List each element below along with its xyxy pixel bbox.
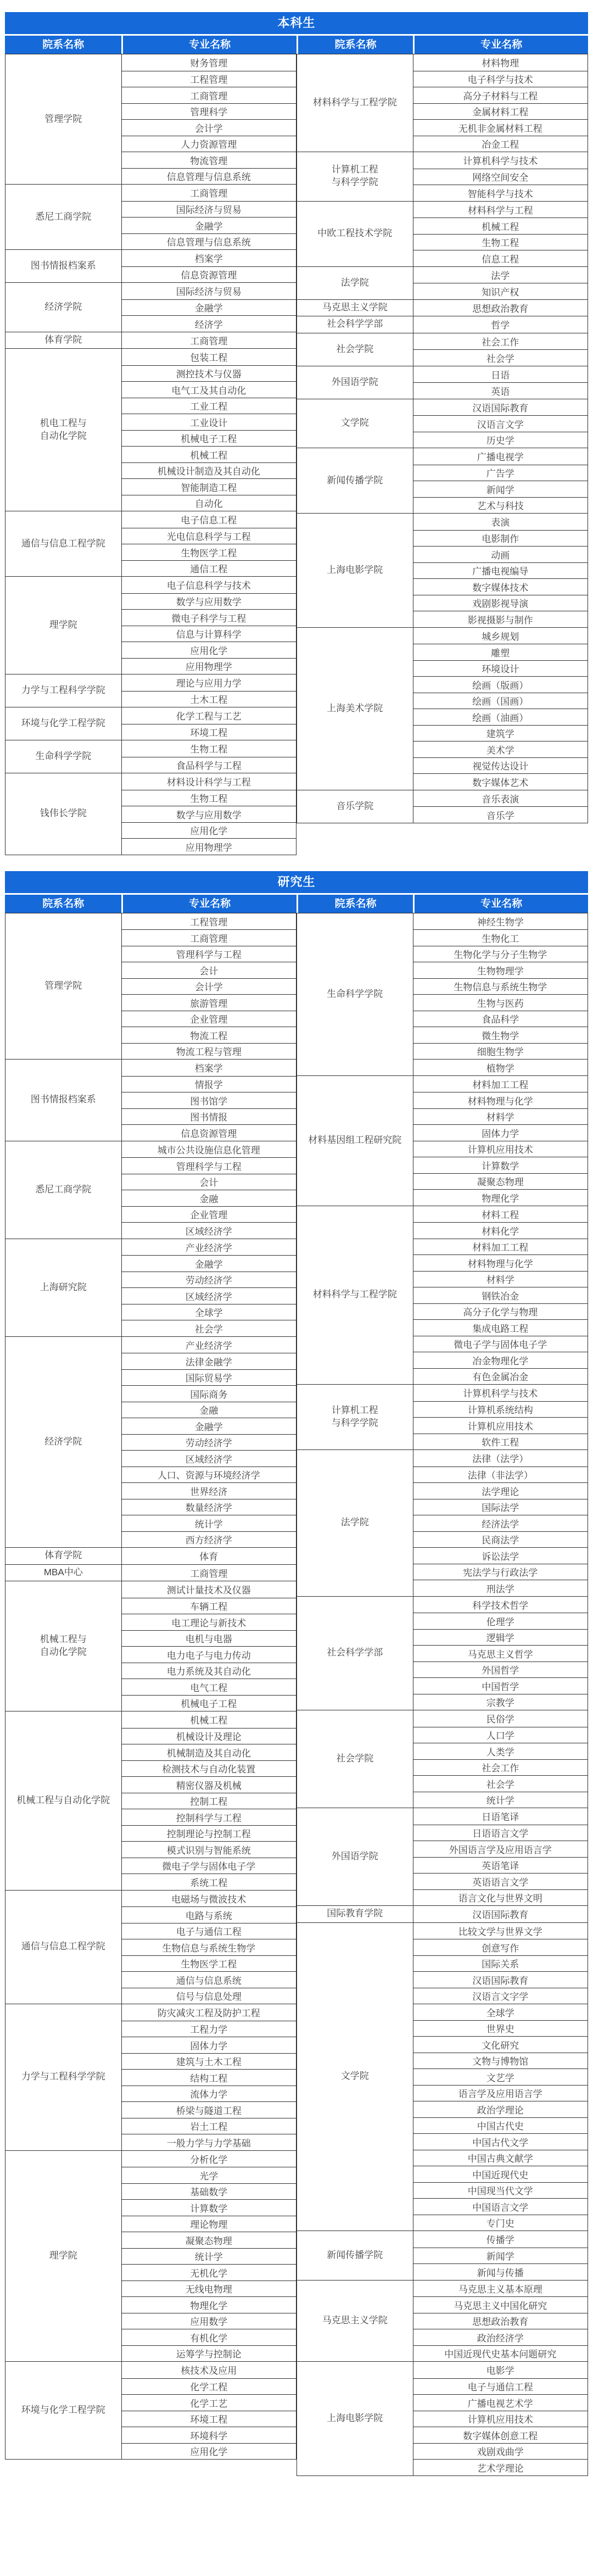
major-cell: 理论与应用力学: [122, 674, 296, 691]
table-body: 管理学院财务管理工程管理工商管理管理科学会计学人力资源管理物流管理信息管理与信息…: [5, 54, 588, 855]
department-group: 机电工程与 自动化学院包装工程测控技术与仪器电气工及其自动化工业工程工业设计机械…: [5, 348, 296, 511]
major-cell: 测试计量技术及仪器: [122, 1581, 296, 1598]
major-cell: 材料加工工程: [413, 1239, 588, 1255]
major-cell: 一般力学与力学基础: [122, 2134, 296, 2150]
column-header-dept: 院系名称: [296, 895, 413, 913]
major-cell: 生物工程: [122, 790, 296, 806]
section-title: 研究生: [5, 871, 588, 893]
major-cell: 金属材料工程: [413, 103, 588, 120]
major-cell: 国际贸易学: [122, 1369, 296, 1386]
major-cell: 汉语国际教育: [413, 1906, 588, 1922]
major-cell: 马克思主义哲学: [413, 1645, 588, 1661]
dept-cell: 上海研究院: [5, 1239, 122, 1336]
major-cell: 外国语言学及应用语言学: [413, 1841, 588, 1857]
major-cell: 应用化学: [122, 822, 296, 839]
half-table-right: 生命科学学院神经生物学生物化工生物化学与分子生物学生物物理学生物信息与系统生物学…: [296, 913, 588, 2476]
major-cell: 材料化学: [413, 1222, 588, 1239]
major-cell: 艺术与科技: [413, 497, 588, 514]
major-cell: 中国哲学: [413, 1677, 588, 1694]
major-cell: 机械设计及理论: [122, 1728, 296, 1744]
department-group: 环境与化学工程学院核技术及应用化学工程化学工艺环境工程环境科学应用化学: [5, 2361, 296, 2459]
major-cell: 信息管理与信息系统: [122, 233, 296, 250]
majors-list: 科学技术哲学伦理学逻辑学马克思主义哲学外国哲学中国哲学宗教学: [413, 1597, 588, 1710]
major-cell: 马克思主义基本原理: [413, 2281, 588, 2297]
major-cell: 表演: [413, 514, 588, 530]
major-cell: 生物与医药: [413, 994, 588, 1011]
major-cell: 企业管理: [122, 1011, 296, 1027]
major-cell: 国际商务: [122, 1385, 296, 1402]
major-cell: 法学: [413, 267, 588, 283]
major-cell: 凝聚态物理: [413, 1173, 588, 1190]
department-group: 新闻传播学院传播学新闻学新闻与传播: [297, 2231, 588, 2280]
major-cell: 财务管理: [122, 54, 296, 71]
major-cell: 世界经济: [122, 1482, 296, 1499]
department-group: 理学院分析化学光学基础数学计算数学理论物理凝聚态物理统计学无机化学无线电物理物理…: [5, 2150, 296, 2362]
department-group: 材料科学与工程学院材料工程材料化学材料加工工程材料物理与化学材料学钢铁冶金高分子…: [297, 1206, 588, 1385]
majors-list: 思想政治教育: [413, 300, 588, 316]
major-cell: 材料学: [413, 1108, 588, 1125]
major-cell: 会计学: [122, 978, 296, 995]
major-cell: 建筑与土木工程: [122, 2053, 296, 2070]
major-cell: 生物医学工程: [122, 1955, 296, 1972]
major-cell: 情报学: [122, 1076, 296, 1092]
major-cell: 美术学: [413, 741, 588, 757]
major-cell: 宪法学与行政法学: [413, 1564, 588, 1580]
major-cell: 艺术学理论: [413, 2459, 588, 2475]
major-cell: 工程力学: [122, 2021, 296, 2037]
major-cell: 化学工艺: [122, 2394, 296, 2411]
department-group: 上海研究院产业经济学金融学劳动经济学区域经济学全球学社会学: [5, 1239, 296, 1336]
majors-list: 材料科学与工程机械工程生物工程信息工程: [413, 202, 588, 266]
table-body: 管理学院工程管理工商管理管理科学与工程会计会计学旅游管理企业管理物流工程物流工程…: [5, 913, 588, 2476]
dept-cell: 马克思主义学院: [297, 2281, 413, 2362]
major-cell: 材料物理与化学: [413, 1254, 588, 1271]
major-cell: 法律（法学）: [413, 1450, 588, 1467]
dept-cell: 中欧工程技术学院: [297, 202, 413, 266]
major-cell: 法律（非法学）: [413, 1467, 588, 1483]
major-cell: 微电子学与固体电子学: [122, 1858, 296, 1874]
dept-cell: 机械工程与自动化学院: [5, 1711, 122, 1890]
major-cell: 新闻与传播: [413, 2263, 588, 2280]
major-cell: 信息资源管理: [122, 266, 296, 283]
major-cell: 材料设计科学与工程: [122, 773, 296, 790]
major-cell: 基础数学: [122, 2183, 296, 2200]
major-cell: 政治经济学: [413, 2329, 588, 2345]
major-cell: 民俗学: [413, 1710, 588, 1727]
major-cell: 法律金融学: [122, 1353, 296, 1369]
major-cell: 民商法学: [413, 1531, 588, 1548]
major-cell: 控制理论与控制工程: [122, 1825, 296, 1842]
major-cell: 统计学: [122, 2248, 296, 2265]
dept-cell: 法学院: [297, 267, 413, 299]
major-cell: 法学理论: [413, 1482, 588, 1499]
major-cell: 新闻学: [413, 2248, 588, 2264]
major-cell: 档案学: [122, 1060, 296, 1076]
majors-list: 机械工程机械设计及理论机械制造及其自动化检测技术与自动化装置精密仪器及机械控制工…: [122, 1711, 296, 1890]
major-cell: 国际法学: [413, 1499, 588, 1515]
majors-list: 生物工程食品科学与工程: [122, 740, 296, 773]
major-cell: 测控技术与仪器: [122, 365, 296, 382]
department-group: 马克思主义学院马克思主义基本原理马克思主义中国化研究思想政治教育政治经济学中国近…: [297, 2280, 588, 2362]
department-group: 经济学院国际经济与贸易金融学经济学: [5, 282, 296, 332]
major-cell: 结构工程: [122, 2069, 296, 2086]
major-cell: 计算机应用技术: [413, 1417, 588, 1434]
major-cell: 知识产权: [413, 283, 588, 299]
major-cell: 汉语言文学: [413, 415, 588, 432]
half-table-left: 管理学院财务管理工程管理工商管理管理科学会计学人力资源管理物流管理信息管理与信息…: [5, 54, 296, 855]
major-cell: 自动化: [122, 495, 296, 511]
major-cell: 微电子科学与工程: [122, 609, 296, 626]
major-cell: 食品科学: [413, 1011, 588, 1027]
major-cell: 控制科学与工程: [122, 1809, 296, 1825]
major-cell: 高分子化学与物理: [413, 1303, 588, 1320]
major-cell: 社会学: [413, 349, 588, 366]
major-cell: 中国古代史: [413, 2117, 588, 2134]
major-cell: 光学: [122, 2167, 296, 2183]
major-cell: 思想政治教育: [413, 2313, 588, 2329]
major-cell: 智能科学与技术: [413, 185, 588, 201]
major-cell: 应用化学: [122, 642, 296, 658]
major-cell: 西方经济学: [122, 1531, 296, 1548]
major-cell: 电子科学与技术: [413, 71, 588, 87]
majors-list: 电影学电子与通信工程广播电视艺术学计算机应用技术数字媒体创意工程戏剧戏曲学艺术学…: [413, 2362, 588, 2475]
major-cell: 分析化学: [122, 2151, 296, 2167]
major-cell: 经济学: [122, 315, 296, 332]
column-header-major: 专业名称: [413, 36, 588, 54]
major-cell: 流体力学: [122, 2086, 296, 2102]
dept-cell: 材料科学与工程学院: [297, 54, 413, 152]
major-cell: 物理化学: [122, 2296, 296, 2313]
major-cell: 建筑学: [413, 725, 588, 741]
major-cell: 生物化工: [413, 929, 588, 946]
column-header-major: 专业名称: [413, 895, 588, 913]
major-cell: 智能制造工程: [122, 478, 296, 495]
majors-list: 体育: [122, 1548, 296, 1564]
dept-cell: 新闻传播学院: [297, 448, 413, 513]
major-cell: 区域经济学: [122, 1287, 296, 1304]
majors-list: 电子信息工程光电信息科学与工程生物医学工程通信工程: [122, 511, 296, 576]
major-cell: 防灾减灾工程及防护工程: [122, 2004, 296, 2021]
major-cell: 固体力学: [122, 2037, 296, 2053]
major-cell: 金融学: [122, 217, 296, 233]
major-cell: 理论物理: [122, 2216, 296, 2232]
majors-list: 财务管理工程管理工商管理管理科学会计学人力资源管理物流管理信息管理与信息系统: [122, 54, 296, 184]
dept-cell: 管理学院: [5, 913, 122, 1060]
major-cell: 通信与信息系统: [122, 1971, 296, 1988]
major-cell: 化学工程与工艺: [122, 707, 296, 724]
major-cell: 计算机科学与技术: [413, 152, 588, 169]
department-group: 钱伟长学院材料设计科学与工程生物工程数学与应用数学应用化学应用物理学: [5, 773, 296, 855]
major-cell: 社会学: [122, 1320, 296, 1336]
major-cell: 土木工程: [122, 691, 296, 707]
department-group: 外国语学院日语笔译日语语言文学外国语言学及应用语言学英语笔译英语语言文学语言文化…: [297, 1808, 588, 1905]
major-cell: 社会工作: [413, 333, 588, 350]
major-cell: 逻辑学: [413, 1629, 588, 1646]
major-cell: 机械电子工程: [122, 430, 296, 447]
major-cell: 岩土工程: [122, 2118, 296, 2134]
department-group: 上海电影学院表演电影制作动画广播电视编导数字媒体技术戏剧影视导演影视摄影与制作: [297, 513, 588, 627]
dept-cell: 材料基因组工程研究院: [297, 1076, 413, 1206]
department-group: 外国语学院日语英语: [297, 366, 588, 399]
majors-list: 材料物理电子科学与技术高分子材料与工程金属材料工程无机非金属材料工程冶金工程: [413, 54, 588, 152]
dept-cell: 图书情报档案系: [5, 1060, 122, 1141]
major-cell: 影视摄影与制作: [413, 611, 588, 627]
dept-cell: 上海电影学院: [297, 2362, 413, 2475]
majors-list: 计算机科学与技术计算机系统结构计算机应用技术软件工程: [413, 1385, 588, 1449]
major-cell: 冶金工程: [413, 136, 588, 152]
dept-cell: 体育学院: [5, 332, 122, 349]
major-cell: 物流管理: [122, 152, 296, 168]
major-cell: 音乐学: [413, 806, 588, 823]
dept-cell: 社会科学学部: [297, 316, 413, 333]
major-cell: 数字媒体艺术: [413, 773, 588, 790]
department-group: 机械工程与 自动化学院测试计量技术及仪器车辆工程电工理论与新技术电机与电器电力电…: [5, 1581, 296, 1711]
major-cell: 生物化学与分子生物学: [413, 946, 588, 962]
major-cell: 新闻学: [413, 481, 588, 497]
major-cell: 数量经济学: [122, 1499, 296, 1515]
department-group: 国际教育学院汉语国际教育: [297, 1905, 588, 1922]
major-cell: 语言文化与世界文明: [413, 1889, 588, 1906]
department-group: 社会学院民俗学人口学人类学社会工作社会学统计学: [297, 1710, 588, 1808]
major-cell: 电磁场与微波技术: [122, 1891, 296, 1907]
major-cell: 生物信息与系统生物学: [413, 978, 588, 995]
major-cell: 英语语言文学: [413, 1873, 588, 1889]
department-group: 管理学院财务管理工程管理工商管理管理科学会计学人力资源管理物流管理信息管理与信息…: [5, 54, 296, 184]
department-group: 文学院比较文学与世界文学创意写作国际关系汉语国际教育汉语言文字学全球学世界史文化…: [297, 1922, 588, 2231]
major-cell: 机械制造及其自动化: [122, 1744, 296, 1760]
major-cell: 植物学: [413, 1059, 588, 1075]
major-cell: 物流工程与管理: [122, 1043, 296, 1060]
dept-cell: 环境与化学工程学院: [5, 2362, 122, 2459]
major-cell: 社会工作: [413, 1759, 588, 1776]
major-cell: 视觉传达设计: [413, 757, 588, 774]
section-graduate: 研究生院系名称专业名称院系名称专业名称管理学院工程管理工商管理管理科学与工程会计…: [5, 871, 588, 2476]
dept-cell: 音乐学院: [297, 790, 413, 823]
dept-cell: 理学院: [5, 577, 122, 674]
major-cell: 电子信息科学与技术: [122, 577, 296, 593]
major-cell: 无机非金属材料工程: [413, 119, 588, 136]
dept-cell: 法学院: [297, 1450, 413, 1596]
major-cell: 电力电子与电力传动: [122, 1646, 296, 1663]
major-cell: 马克思主义中国化研究: [413, 2296, 588, 2313]
dept-cell: 计算机工程 与科学学院: [297, 1385, 413, 1449]
major-cell: 计算机系统结构: [413, 1401, 588, 1418]
dept-cell: 文学院: [297, 399, 413, 448]
department-group: 中欧工程技术学院材料科学与工程机械工程生物工程信息工程: [297, 201, 588, 266]
major-cell: 国际经济与贸易: [122, 283, 296, 299]
major-cell: 通信工程: [122, 560, 296, 577]
majors-list: 电磁场与微波技术电路与系统电子与通信工程生物信息与系统生物学生物医学工程通信与信…: [122, 1891, 296, 2004]
major-cell: 检测技术与自动化装置: [122, 1760, 296, 1777]
dept-cell: 上海电影学院: [297, 514, 413, 627]
major-cell: 音乐表演: [413, 790, 588, 807]
major-cell: 日语: [413, 366, 588, 383]
major-cell: 应用数学: [122, 2313, 296, 2329]
major-cell: 人类学: [413, 1743, 588, 1759]
major-cell: 信息与计算科学: [122, 626, 296, 642]
major-cell: 数字媒体创意工程: [413, 2427, 588, 2443]
major-cell: 中国古典文献学: [413, 2150, 588, 2166]
major-cell: 城乡规划: [413, 628, 588, 644]
major-cell: 英语笔译: [413, 1857, 588, 1874]
major-cell: 软件工程: [413, 1434, 588, 1450]
major-cell: 劳动经济学: [122, 1434, 296, 1451]
major-cell: 世界史: [413, 2020, 588, 2037]
major-cell: 金融: [122, 1190, 296, 1206]
half-table-right: 材料科学与工程学院材料物理电子科学与技术高分子材料与工程金属材料工程无机非金属材…: [296, 54, 588, 823]
majors-list: 材料加工工程材料物理与化学材料学固体力学计算机应用技术计算数学凝聚态物理物理化学: [413, 1076, 588, 1206]
major-cell: 绘画（版画）: [413, 676, 588, 693]
major-cell: 集成电路工程: [413, 1319, 588, 1336]
dept-cell: 通信与信息工程学院: [5, 511, 122, 576]
major-cell: 模式识别与智能系统: [122, 1841, 296, 1858]
major-cell: 劳动经济学: [122, 1272, 296, 1288]
department-group: 力学与工程科学学院理论与应用力学土木工程: [5, 674, 296, 707]
major-cell: 电影学: [413, 2362, 588, 2378]
majors-list: 比较文学与世界文学创意写作国际关系汉语国际教育汉语言文字学全球学世界史文化研究文…: [413, 1923, 588, 2231]
major-cell: 机械设计制造及其自动化: [122, 462, 296, 479]
major-cell: 政治学理论: [413, 2101, 588, 2117]
major-cell: 中国古代文学: [413, 2133, 588, 2150]
dept-cell: 力学与工程科学学院: [5, 674, 122, 707]
department-group: MBA中心工商管理: [5, 1564, 296, 1581]
department-group: 社会科学学部哲学: [297, 316, 588, 333]
major-cell: 计算数学: [413, 1157, 588, 1173]
department-group: 体育学院工商管理: [5, 332, 296, 349]
major-cell: 工商管理: [122, 185, 296, 201]
major-cell: 机械工程: [122, 446, 296, 462]
major-cell: 信息工程: [413, 250, 588, 266]
major-cell: 城市公共设施信息化管理: [122, 1141, 296, 1158]
major-cell: 会计学: [122, 119, 296, 136]
majors-list: 神经生物学生物化工生物化学与分子生物学生物物理学生物信息与系统生物学生物与医药食…: [413, 913, 588, 1075]
half-table-left: 管理学院工程管理工商管理管理科学与工程会计会计学旅游管理企业管理物流工程物流工程…: [5, 913, 296, 2460]
dept-cell: 新闻传播学院: [297, 2231, 413, 2280]
dept-cell: 体育学院: [5, 1548, 122, 1564]
department-group: 管理学院工程管理工商管理管理科学与工程会计会计学旅游管理企业管理物流工程物流工程…: [5, 913, 296, 1060]
dept-cell: MBA中心: [5, 1565, 122, 1581]
majors-list: 计算机科学与技术网络空间安全智能科学与技术: [413, 152, 588, 201]
major-cell: 信息资源管理: [122, 1124, 296, 1141]
major-cell: 中国近现代史基本问题研究: [413, 2345, 588, 2362]
major-cell: 会计: [122, 1174, 296, 1190]
department-group: 文学院汉语国际教育汉语言文学历史学: [297, 399, 588, 448]
major-cell: 环境工程: [122, 724, 296, 740]
major-cell: 生物医学工程: [122, 544, 296, 560]
major-cell: 动画: [413, 546, 588, 562]
major-cell: 计算机应用技术: [413, 2411, 588, 2427]
majors-list: 测试计量技术及仪器车辆工程电工理论与新技术电机与电器电力电子与电力传动电力系统及…: [122, 1581, 296, 1711]
majors-list: 电子信息科学与技术数学与应用数学微电子科学与工程信息与计算科学应用化学应用物理学: [122, 577, 296, 674]
major-cell: 控制工程: [122, 1793, 296, 1809]
major-cell: 车辆工程: [122, 1598, 296, 1614]
major-cell: 戏剧影视导演: [413, 595, 588, 611]
major-cell: 环境科学: [122, 2427, 296, 2443]
major-cell: 全球学: [413, 2004, 588, 2020]
dept-cell: 钱伟长学院: [5, 773, 122, 855]
major-cell: 环境设计: [413, 660, 588, 677]
majors-list: 包装工程测控技术与仪器电气工及其自动化工业工程工业设计机械电子工程机械工程机械设…: [122, 349, 296, 511]
major-cell: 工程管理: [122, 71, 296, 87]
major-cell: 体育: [122, 1548, 296, 1564]
majors-list: 工商管理: [122, 332, 296, 349]
major-cell: 广告学: [413, 465, 588, 481]
major-cell: 电气工程: [122, 1679, 296, 1695]
department-group: 生命科学学院生物工程食品科学与工程: [5, 740, 296, 773]
department-group: 社会学院社会工作社会学: [297, 333, 588, 366]
major-cell: 人口学: [413, 1727, 588, 1743]
majors-list: 日语笔译日语语言文学外国语言学及应用语言学英语笔译英语语言文学语言文化与世界文明: [413, 1808, 588, 1905]
majors-list: 城市公共设施信息化管理管理科学与工程会计金融企业管理区域经济学: [122, 1141, 296, 1239]
major-cell: 金融学: [122, 1255, 296, 1272]
dept-cell: 马克思主义学院: [297, 300, 413, 316]
major-cell: 桥梁与隧道工程: [122, 2101, 296, 2118]
major-cell: 材料工程: [413, 1206, 588, 1223]
dept-cell: 图书情报档案系: [5, 250, 122, 282]
majors-list: 传播学新闻学新闻与传播: [413, 2231, 588, 2280]
major-cell: 文化研究: [413, 2036, 588, 2053]
majors-list: 音乐表演音乐学: [413, 790, 588, 823]
major-cell: 电机与电器: [122, 1630, 296, 1647]
department-group: 通信与信息工程学院电子信息工程光电信息科学与工程生物医学工程通信工程: [5, 511, 296, 576]
major-cell: 区域经济学: [122, 1222, 296, 1239]
column-header-major: 专业名称: [121, 36, 296, 54]
major-cell: 社会学: [413, 1775, 588, 1792]
dept-cell: 机电工程与 自动化学院: [5, 349, 122, 511]
major-cell: 区域经济学: [122, 1450, 296, 1467]
major-cell: 材料加工工程: [413, 1076, 588, 1092]
major-cell: 工商管理: [122, 332, 296, 349]
majors-list: 日语英语: [413, 366, 588, 399]
dept-cell: 理学院: [5, 2151, 122, 2362]
major-cell: 计算机科学与技术: [413, 1385, 588, 1401]
major-cell: 物流工程: [122, 1027, 296, 1043]
major-cell: 产业经济学: [122, 1239, 296, 1256]
department-group: 法学院法律（法学）法律（非法学）法学理论国际法学经济法学民商法学诉讼法学宪法学与…: [297, 1449, 588, 1596]
major-cell: 旅游管理: [122, 994, 296, 1011]
major-cell: 管理科学与工程: [122, 1157, 296, 1174]
department-group: 悉尼工商学院工商管理国际经济与贸易金融学信息管理与信息系统: [5, 184, 296, 249]
major-cell: 生物工程: [413, 234, 588, 250]
major-cell: 外国哲学: [413, 1661, 588, 1678]
major-cell: 金融学: [122, 299, 296, 316]
majors-list: 档案学信息资源管理: [122, 250, 296, 282]
major-cell: 固体力学: [413, 1124, 588, 1141]
section-undergraduate: 本科生院系名称专业名称院系名称专业名称管理学院财务管理工程管理工商管理管理科学会…: [5, 12, 588, 855]
major-cell: 环境工程: [122, 2411, 296, 2427]
major-cell: 汉语国际教育: [413, 1971, 588, 1988]
major-cell: 文艺学: [413, 2068, 588, 2085]
major-cell: 材料物理与化学: [413, 1092, 588, 1108]
major-cell: 微电子学与固体电子学: [413, 1336, 588, 1352]
major-cell: 管理科学与工程: [122, 946, 296, 962]
major-cell: 细胞生物学: [413, 1043, 588, 1060]
majors-list: 城乡规划雕塑环境设计绘画（版画）绘画（国画）绘画（油画）建筑学美术学视觉传达设计…: [413, 628, 588, 790]
major-cell: 绘画（油画）: [413, 709, 588, 725]
dept-cell: 悉尼工商学院: [5, 185, 122, 249]
major-cell: 包装工程: [122, 349, 296, 365]
department-group: 机械工程与自动化学院机械工程机械设计及理论机械制造及其自动化检测技术与自动化装置…: [5, 1711, 296, 1890]
column-header-dept: 院系名称: [5, 895, 121, 913]
major-cell: 无机化学: [122, 2264, 296, 2281]
dept-cell: 上海美术学院: [297, 628, 413, 790]
major-cell: 管理科学: [122, 103, 296, 120]
major-cell: 语言学及应用语言学: [413, 2085, 588, 2101]
majors-list: 汉语国际教育: [413, 1906, 588, 1922]
majors-list: 分析化学光学基础数学计算数学理论物理凝聚态物理统计学无机化学无线电物理物理化学应…: [122, 2151, 296, 2362]
department-group: 音乐学院音乐表演音乐学: [297, 790, 588, 823]
department-group: 计算机工程 与科学学院计算机科学与技术网络空间安全智能科学与技术: [297, 152, 588, 201]
